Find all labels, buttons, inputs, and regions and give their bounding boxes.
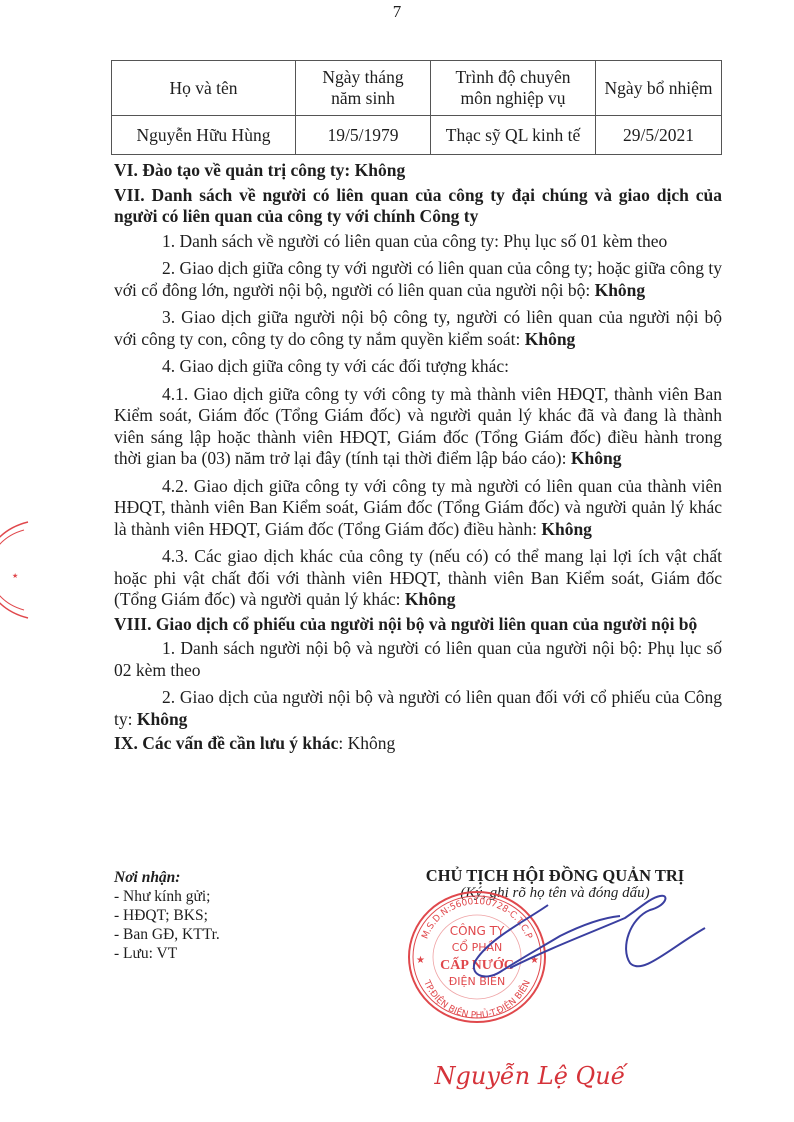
- section-vii-heading: VII. Danh sách về người có liên quan của…: [114, 185, 722, 228]
- appointment-table: Họ và tên Ngày thángnăm sinh Trình độ ch…: [111, 60, 722, 155]
- recipient-item: - Lưu: VT: [114, 944, 220, 963]
- cell-name: Nguyễn Hữu Hùng: [112, 116, 296, 155]
- edge-stamp-fragment-icon: ★: [0, 520, 30, 620]
- section-vii-item-2: 2. Giao dịch giữa công ty với người có l…: [114, 258, 722, 301]
- page-number: 7: [0, 2, 794, 22]
- cell-birthdate: 19/5/1979: [296, 116, 431, 155]
- section-viii-item-2: 2. Giao dịch của người nội bộ và người c…: [114, 687, 722, 730]
- section-vii-item-4-3: 4.3. Các giao dịch khác của công ty (nếu…: [114, 546, 722, 611]
- cell-appointment-date: 29/5/2021: [596, 116, 722, 155]
- signer-role: CHỦ TỊCH HỘI ĐỒNG QUẢN TRỊ: [395, 866, 715, 886]
- header-cell-appointment-date: Ngày bổ nhiệm: [596, 61, 722, 116]
- cell-qualification: Thạc sỹ QL kinh tế: [431, 116, 596, 155]
- section-vi-heading: VI. Đào tạo về quản trị công ty: Không: [114, 160, 722, 182]
- section-vii-item-4: 4. Giao dịch giữa công ty với các đối tư…: [114, 356, 722, 378]
- recipient-item: - Ban GĐ, KTTr.: [114, 925, 220, 944]
- signer-name: Nguyễn Lệ Quế: [400, 1062, 660, 1090]
- recipient-item: - HĐQT; BKS;: [114, 906, 220, 925]
- header-cell-name: Họ và tên: [112, 61, 296, 116]
- table-header-row: Họ và tên Ngày thángnăm sinh Trình độ ch…: [112, 61, 722, 116]
- section-ix: IX. Các vấn đề cần lưu ý khác: Không: [114, 733, 722, 755]
- section-vii-item-4-2: 4.2. Giao dịch giữa công ty với công ty …: [114, 476, 722, 541]
- section-viii-item-1: 1. Danh sách người nội bộ và người có li…: [114, 638, 722, 681]
- recipients-block: Nơi nhận: - Như kính gửi; - HĐQT; BKS; -…: [114, 868, 220, 963]
- header-cell-qualification: Trình độ chuyênmôn nghiệp vụ: [431, 61, 596, 116]
- section-vii-item-1: 1. Danh sách về người có liên quan của c…: [114, 231, 722, 253]
- svg-text:★: ★: [12, 572, 18, 580]
- recipient-item: - Như kính gửi;: [114, 887, 220, 906]
- section-viii-heading: VIII. Giao dịch cổ phiếu của người nội b…: [114, 614, 722, 636]
- header-cell-birthdate: Ngày thángnăm sinh: [296, 61, 431, 116]
- recipients-title: Nơi nhận:: [114, 868, 220, 887]
- section-vii-item-4-1: 4.1. Giao dịch giữa công ty với công ty …: [114, 384, 722, 470]
- section-vii-item-3: 3. Giao dịch giữa người nội bộ công ty, …: [114, 307, 722, 350]
- document-body: VI. Đào tạo về quản trị công ty: Không V…: [114, 160, 722, 755]
- svg-text:★: ★: [416, 955, 425, 966]
- signature-icon: [470, 888, 710, 1008]
- table-row: Nguyễn Hữu Hùng 19/5/1979 Thạc sỹ QL kin…: [112, 116, 722, 155]
